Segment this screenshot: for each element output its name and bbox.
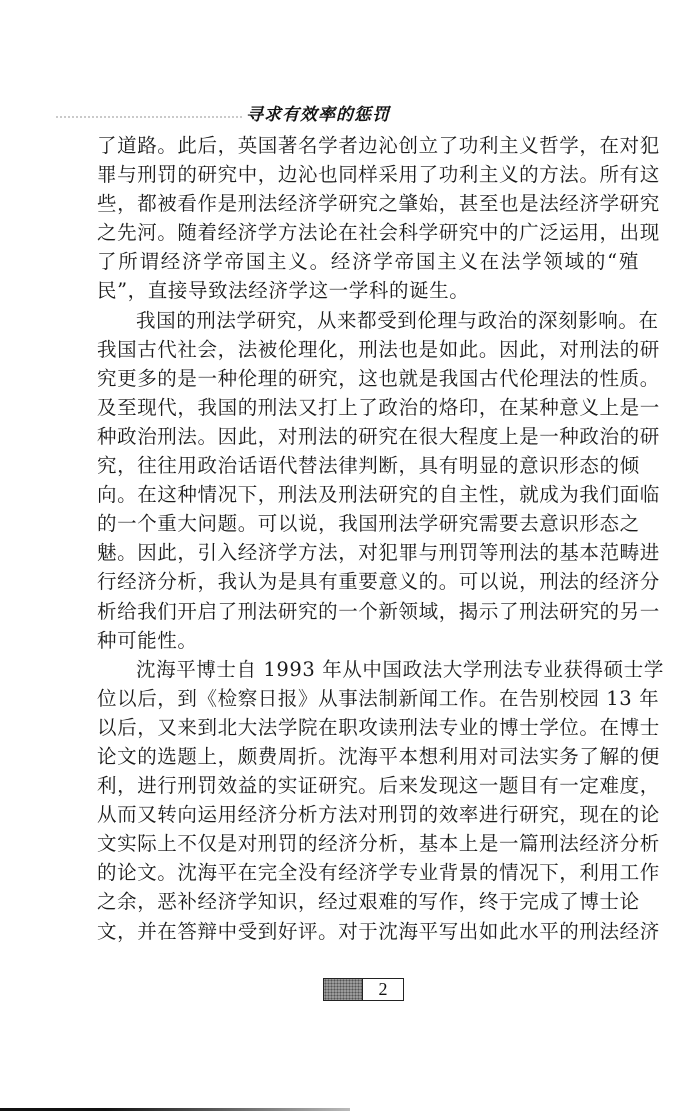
text-line: 析给我们开启了刑法研究的一个新领域，揭示了刑法研究的另一 xyxy=(97,597,639,626)
text-line: 行经济分析，我认为是具有重要意义的。可以说，刑法的经济分 xyxy=(97,567,639,596)
text-line: 我国古代社会，法被伦理化，刑法也是如此。因此，对刑法的研 xyxy=(97,335,639,364)
text-line: 之余，恶补经济学知识，经过艰难的写作，终于完成了博士论 xyxy=(97,887,639,916)
text-line: 沈海平博士自 1993 年从中国政法大学刑法专业获得硕士学 xyxy=(97,655,639,684)
text-line: 的一个重大问题。可以说，我国刑法学研究需要去意识形态之 xyxy=(97,509,639,538)
folio-hatch-decoration xyxy=(324,979,363,1000)
text-line: 种可能性。 xyxy=(97,626,639,655)
text-line: 从而又转向运用经济分析方法对刑罚的效率进行研究，现在的论 xyxy=(97,800,639,829)
text-line: 究更多的是一种伦理的研究，这也就是我国古代伦理法的性质。 xyxy=(97,364,639,393)
text-line: 以后，又来到北大法学院在职攻读刑法专业的博士学位。在博士 xyxy=(97,713,639,742)
text-line: 了所谓经济学帝国主义。经济学帝国主义在法学领域的“殖 xyxy=(97,247,639,276)
page-body: 了道路。此后，英国著名学者边沁创立了功利主义哲学，在对犯 罪与刑罚的研究中，边沁… xyxy=(97,131,639,946)
text-line: 利，进行刑罚效益的实证研究。后来发现这一题目有一定难度， xyxy=(97,771,639,800)
text-line: 文，并在答辩中受到好评。对于沈海平写出如此水平的刑法经济 xyxy=(97,917,639,946)
text-line: 了道路。此后，英国著名学者边沁创立了功利主义哲学，在对犯 xyxy=(97,131,639,160)
text-line: 究，往往用政治话语代替法律判断，具有明显的意识形态的倾 xyxy=(97,451,639,480)
text-line: 位以后，到《检察日报》从事法制新闻工作。在告别校园 13 年 xyxy=(97,684,639,713)
text-line: 种政治刑法。因此，对刑法的研究在很大程度上是一种政治的研 xyxy=(97,422,639,451)
text-line: 我国的刑法学研究，从来都受到伦理与政治的深刻影响。在 xyxy=(97,306,639,335)
text-line: 魅。因此，引入经济学方法，对犯罪与刑罚等刑法的基本范畴进 xyxy=(97,538,639,567)
text-line: 罪与刑罚的研究中，边沁也同样采用了功利主义的方法。所有这 xyxy=(97,160,639,189)
running-head: 寻求有效率的惩罚 xyxy=(56,98,416,128)
text-line: 些，都被看作是刑法经济学研究之肇始，甚至也是法经济学研究 xyxy=(97,189,639,218)
text-line: 之先河。随着经济学方法论在社会科学研究中的广泛运用，出现 xyxy=(97,218,639,247)
paragraph-1: 了道路。此后，英国著名学者边沁创立了功利主义哲学，在对犯 罪与刑罚的研究中，边沁… xyxy=(97,131,639,306)
page-number-box: 2 xyxy=(323,978,404,1001)
text-line: 向。在这种情况下，刑法及刑法研究的自主性，就成为我们面临 xyxy=(97,480,639,509)
paragraph-3: 沈海平博士自 1993 年从中国政法大学刑法专业获得硕士学 位以后，到《检察日报… xyxy=(97,655,639,946)
text-line: 民”，直接导致法经济学这一学科的诞生。 xyxy=(97,276,639,305)
text-line: 的论文。沈海平在完全没有经济学专业背景的情况下，利用工作 xyxy=(97,858,639,887)
paragraph-2: 我国的刑法学研究，从来都受到伦理与政治的深刻影响。在 我国古代社会，法被伦理化，… xyxy=(97,306,639,655)
header-dotted-rule xyxy=(56,116,244,118)
text-line: 及至现代，我国的刑法又打上了政治的烙印，在某种意义上是一 xyxy=(97,393,639,422)
running-head-title: 寻求有效率的惩罚 xyxy=(246,100,390,125)
text-line: 文实际上不仅是对刑罚的经济分析，基本上是一篇刑法经济分析 xyxy=(97,829,639,858)
page-number: 2 xyxy=(363,979,403,1000)
text-line: 论文的选题上，颇费周折。沈海平本想利用对司法实务了解的便 xyxy=(97,742,639,771)
